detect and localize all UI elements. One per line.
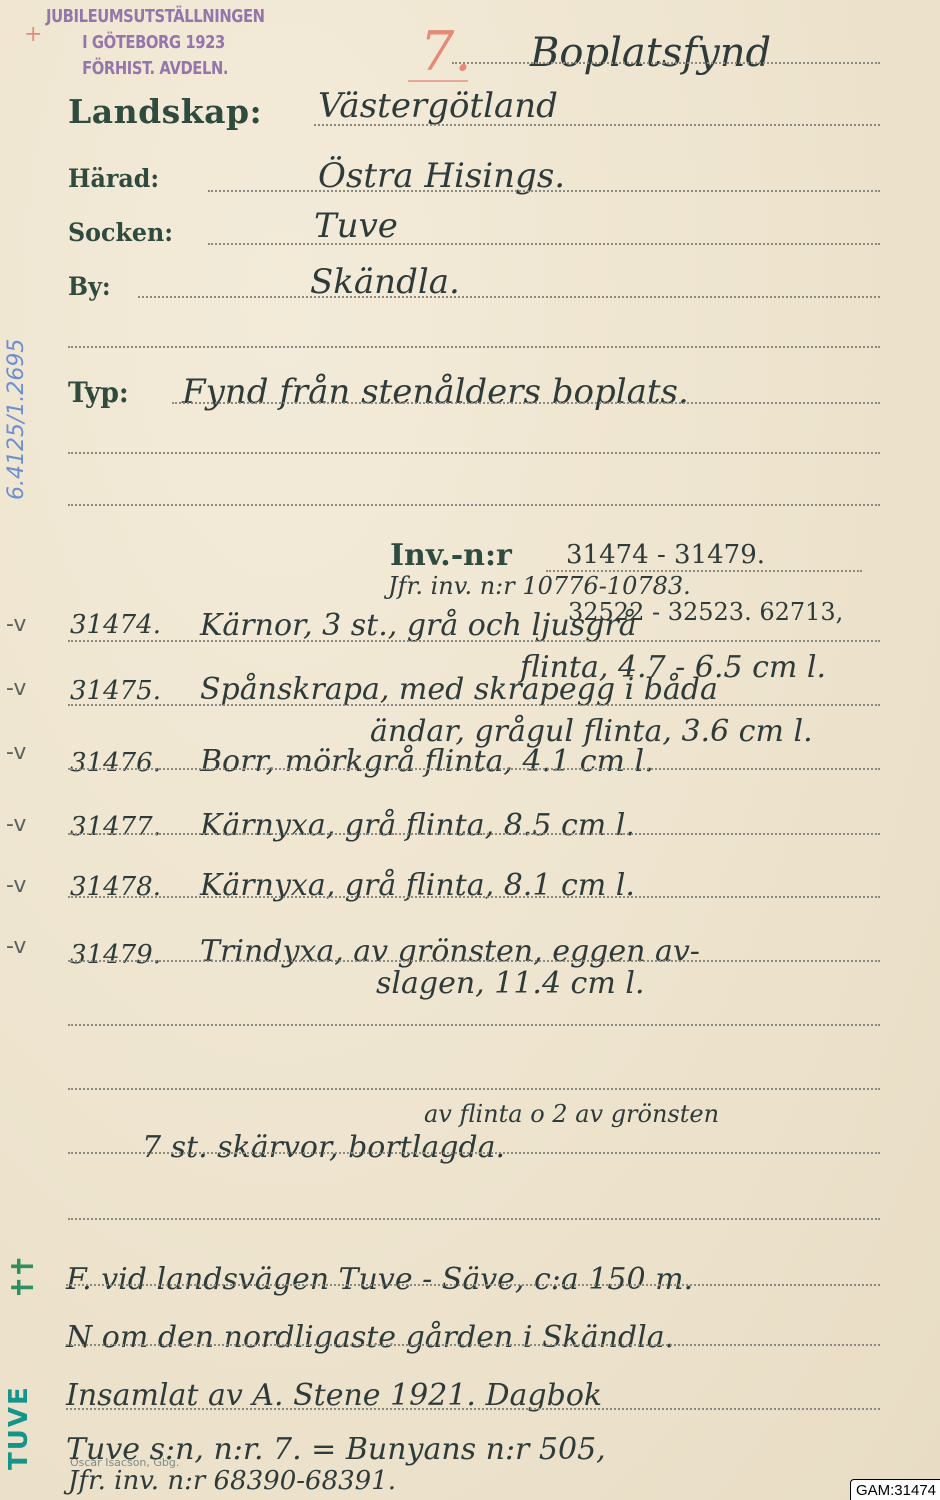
discarded-dotted-line bbox=[68, 1152, 880, 1154]
socken-value: Tuve bbox=[314, 206, 398, 246]
item-dotted-line bbox=[68, 896, 880, 898]
landskap-dotted-line bbox=[314, 124, 880, 126]
blank-dotted-line-4 bbox=[68, 1024, 880, 1026]
typ-dotted-line bbox=[172, 402, 880, 404]
item-number: 31476. bbox=[70, 748, 161, 778]
item-description: Trindyxa, av grönsten, eggen av- bbox=[200, 934, 700, 969]
blank-dotted-line-2 bbox=[68, 452, 880, 454]
corner-mark: + bbox=[24, 22, 42, 47]
item-dotted-line bbox=[68, 640, 880, 642]
item-description: Spånskrapa, med skrapegg i båda bbox=[200, 672, 718, 707]
inventory-label: Inv.-n:r bbox=[390, 538, 512, 573]
note-dotted-line-3 bbox=[66, 1408, 880, 1410]
item-check-mark: -v bbox=[6, 873, 26, 898]
note-dotted-line-2 bbox=[66, 1344, 880, 1346]
item-check-mark: -v bbox=[6, 934, 26, 959]
harad-label: Härad: bbox=[68, 164, 159, 193]
blank-dotted-line-6 bbox=[68, 1218, 880, 1220]
museum-stamp: JUBILEUMSUTSTÄLLNINGEN I GÖTEBORG 1923 F… bbox=[46, 6, 265, 80]
item-number: 31479. bbox=[70, 940, 161, 970]
item-check-mark: -v bbox=[6, 676, 26, 701]
green-stamp-tuve: TUVE bbox=[4, 1385, 34, 1470]
card-number: 7. bbox=[420, 20, 472, 83]
item-number: 31477. bbox=[70, 812, 161, 842]
green-cross-marks: ✝✝ bbox=[6, 1258, 41, 1300]
stamp-line-1: JUBILEUMSUTSTÄLLNINGEN bbox=[46, 6, 265, 28]
item-description: Kärnor, 3 st., grå och ljusgrå bbox=[200, 608, 637, 643]
category-value: Boplatsfynd bbox=[530, 30, 771, 76]
note-line-1: F. vid landsvägen Tuve - Säve, c:a 150 m… bbox=[66, 1262, 693, 1297]
note-dotted-line-1 bbox=[66, 1284, 880, 1286]
item-description-cont: slagen, 11.4 cm l. bbox=[376, 966, 644, 1001]
by-dotted-line bbox=[138, 296, 880, 298]
item-dotted-line bbox=[68, 768, 880, 770]
item-description: Kärnyxa, grå flinta, 8.5 cm l. bbox=[200, 808, 635, 843]
blank-dotted-line-1 bbox=[68, 346, 880, 348]
item-check-mark: -v bbox=[6, 812, 26, 837]
id-tag: GAM:31474 bbox=[850, 1479, 940, 1500]
note-line-4: Tuve s:n, n:r. 7. = Bunyans n:r 505, bbox=[66, 1432, 606, 1467]
item-dotted-line bbox=[68, 960, 880, 962]
item-number: 31474. bbox=[70, 610, 161, 640]
item-check-mark: -v bbox=[6, 612, 26, 637]
side-note-blue: 6.4125/1.2695 bbox=[4, 339, 29, 500]
by-label: By: bbox=[68, 272, 111, 301]
landskap-label: Landskap: bbox=[68, 92, 262, 131]
item-dotted-line bbox=[68, 833, 880, 835]
socken-dotted-line bbox=[208, 243, 880, 245]
typ-label: Typ: bbox=[68, 376, 129, 409]
stamp-line-2: I GÖTEBORG 1923 bbox=[82, 32, 265, 54]
blank-dotted-line-3 bbox=[68, 504, 880, 506]
item-check-mark: -v bbox=[6, 740, 26, 765]
category-dotted-line bbox=[452, 62, 880, 64]
inventory-reference: Jfr. inv. n:r 10776-10783. bbox=[388, 572, 691, 600]
blank-dotted-line-5 bbox=[68, 1088, 880, 1090]
socken-label: Socken: bbox=[68, 218, 173, 247]
item-number: 31475. bbox=[70, 676, 161, 706]
item-description: Borr, mörkgrå flinta, 4.1 cm l. bbox=[200, 744, 654, 779]
discarded-text: 7 st. skärvor, bortlagda. bbox=[142, 1130, 505, 1165]
harad-dotted-line bbox=[208, 190, 880, 192]
card-number-underline bbox=[408, 80, 468, 82]
note-line-5: Jfr. inv. n:r 68390-68391. bbox=[68, 1466, 396, 1496]
discarded-superscript: av flinta o 2 av grönsten bbox=[424, 1100, 719, 1128]
inventory-range: 31474 - 31479. bbox=[566, 540, 765, 570]
note-line-2: N om den nordligaste gården i Skändla. bbox=[66, 1320, 674, 1355]
typ-value: Fynd från stenålders boplats. bbox=[182, 372, 689, 412]
item-dotted-line bbox=[68, 704, 880, 706]
stamp-line-3: FÖRHIST. AVDELN. bbox=[82, 58, 265, 80]
landskap-value: Västergötland bbox=[318, 86, 558, 126]
